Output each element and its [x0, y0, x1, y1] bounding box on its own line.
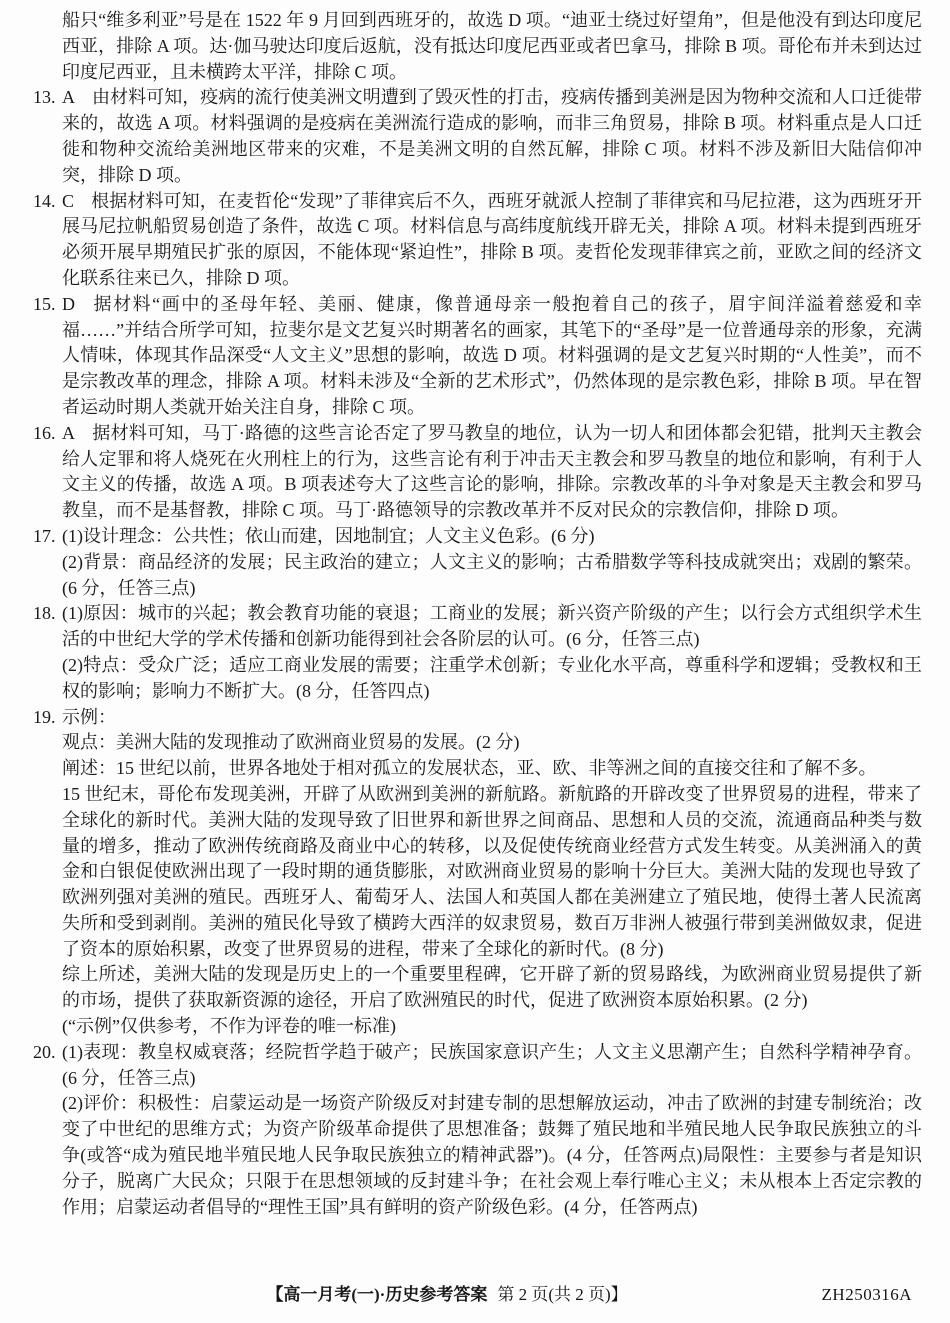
item-number: 18.: [33, 601, 62, 627]
answer-text: (1)表现：教皇权威衰落；经院哲学趋于破产；民族国家意识产生；人文主义思潮产生；…: [62, 1042, 922, 1088]
answer-paragraph: 15 世纪末，哥伦布发现美洲，开辟了从欧洲到美洲的新航路。新航路的开辟改变了世界…: [33, 782, 922, 963]
answer-text: (1)设计理念：公共性；依山而建，因地制宜；人文主义色彩。(6 分): [62, 526, 594, 546]
answer-text: 船只“维多利亚”号是在 1522 年 9 月回到西班牙的，故选 D 项。“迪亚士…: [62, 10, 922, 82]
answer-text: 由材料可知，疫病的流行使美洲文明遭到了毁灭性的打击，疫病传播到美洲是因为物种交流…: [62, 87, 922, 184]
answer-item-13: 13.A由材料可知，疫病的流行使美洲文明遭到了毁灭性的打击，疫病传播到美洲是因为…: [33, 85, 922, 188]
answer-paragraph: 综上所述，美洲大陆的发现是历史上的一个重要里程碑，它开辟了新的贸易路线，为欧洲商…: [33, 962, 922, 1014]
answer-paragraph: 船只“维多利亚”号是在 1522 年 9 月回到西班牙的，故选 D 项。“迪亚士…: [33, 8, 922, 85]
footer-exam-title: 【高一月考(一)·历史参考答案: [266, 1285, 487, 1304]
item-number: 20.: [33, 1040, 62, 1066]
answer-item-19: 19.示例：: [33, 705, 922, 731]
answer-letter: A: [62, 85, 75, 111]
answer-letter: A: [62, 421, 75, 447]
answer-item-20: 20.(1)表现：教皇权威衰落；经院哲学趋于破产；民族国家意识产生；人文主义思潮…: [33, 1040, 922, 1092]
answer-text: (“示例”仅供参考，不作为评卷的唯一标准): [62, 1016, 396, 1036]
item-number: 19.: [33, 705, 62, 731]
answer-paragraph: 阐述：15 世纪以前，世界各地处于相对孤立的发展状态，亚、欧、非等洲之间的直接交…: [33, 756, 922, 782]
answer-item-14: 14.C根据材料可知，在麦哲伦“发现”了菲律宾后不久，西班牙就派人控制了菲律宾和…: [33, 189, 922, 292]
answer-text: 据材料可知，马丁·路德的这些言论否定了罗马教皇的地位，认为一切人和团体都会犯错，…: [62, 423, 922, 520]
answer-text: (2)特点：受众广泛；适应工商业发展的需要；注重学术创新；专业化水平高，尊重科学…: [62, 655, 922, 701]
answer-paragraph: (“示例”仅供参考，不作为评卷的唯一标准): [33, 1014, 922, 1040]
item-number: 13.: [33, 85, 62, 111]
item-number: 17.: [33, 524, 62, 550]
answer-text: (2)背景：商品经济的发展；民主政治的建立；人文主义的影响；古希腊数学等科技成就…: [62, 552, 922, 598]
answer-text: 根据材料可知，在麦哲伦“发现”了菲律宾后不久，西班牙就派人控制了菲律宾和马尼拉港…: [62, 191, 922, 288]
answer-paragraph: (2)特点：受众广泛；适应工商业发展的需要；注重学术创新；专业化水平高，尊重科学…: [33, 653, 922, 705]
answer-paragraph: (2)评价：积极性：启蒙运动是一场资产阶级反对封建专制的思想解放运动，冲击了欧洲…: [33, 1091, 922, 1220]
answer-text: 15 世纪末，哥伦布发现美洲，开辟了从欧洲到美洲的新航路。新航路的开辟改变了世界…: [62, 784, 922, 959]
answer-text: 综上所述，美洲大陆的发现是历史上的一个重要里程碑，它开辟了新的贸易路线，为欧洲商…: [62, 964, 922, 1010]
answer-item-18: 18.(1)原因：城市的兴起；教会教育功能的衰退；工商业的发展；新兴资产阶级的产…: [33, 601, 922, 653]
document-body: 船只“维多利亚”号是在 1522 年 9 月回到西班牙的，故选 D 项。“迪亚士…: [33, 8, 922, 1220]
scanned-answer-key-page: 船只“维多利亚”号是在 1522 年 9 月回到西班牙的，故选 D 项。“迪亚士…: [0, 0, 950, 1323]
answer-letter: D: [62, 292, 75, 318]
answer-text: 阐述：15 世纪以前，世界各地处于相对孤立的发展状态，亚、欧、非等洲之间的直接交…: [62, 758, 877, 778]
answer-text: 示例：: [62, 707, 116, 727]
answer-paragraph: (2)背景：商品经济的发展；民主政治的建立；人文主义的影响；古希腊数学等科技成就…: [33, 550, 922, 602]
answer-text: (2)评价：积极性：启蒙运动是一场资产阶级反对封建专制的思想解放运动，冲击了欧洲…: [62, 1093, 922, 1216]
footer-page-indicator: 第 2 页(共 2 页)】: [497, 1285, 627, 1304]
footer-paper-code: ZH250316A: [822, 1282, 912, 1308]
answer-letter: C: [62, 189, 74, 215]
page-footer: 【高一月考(一)·历史参考答案第 2 页(共 2 页)】 ZH250316A: [0, 1282, 950, 1312]
item-number: 14.: [33, 189, 62, 215]
answer-paragraph: 观点：美洲大陆的发现推动了欧洲商业贸易的发展。(2 分): [33, 730, 922, 756]
answer-text: 观点：美洲大陆的发现推动了欧洲商业贸易的发展。(2 分): [62, 732, 520, 752]
item-number: 15.: [33, 292, 62, 318]
answer-item-16: 16.A据材料可知，马丁·路德的这些言论否定了罗马教皇的地位，认为一切人和团体都…: [33, 421, 922, 524]
item-number: 16.: [33, 421, 62, 447]
answer-item-15: 15.D据材料“画中的圣母年轻、美丽、健康，像普通母亲一般抱着自己的孩子，眉宇间…: [33, 292, 922, 421]
answer-item-17: 17.(1)设计理念：公共性；依山而建，因地制宜；人文主义色彩。(6 分): [33, 524, 922, 550]
answer-text: (1)原因：城市的兴起；教会教育功能的衰退；工商业的发展；新兴资产阶级的产生；以…: [62, 603, 922, 649]
footer-exam-label: 【高一月考(一)·历史参考答案第 2 页(共 2 页)】: [266, 1282, 627, 1308]
answer-text: 据材料“画中的圣母年轻、美丽、健康，像普通母亲一般抱着自己的孩子，眉宇间洋溢着慈…: [62, 294, 922, 417]
